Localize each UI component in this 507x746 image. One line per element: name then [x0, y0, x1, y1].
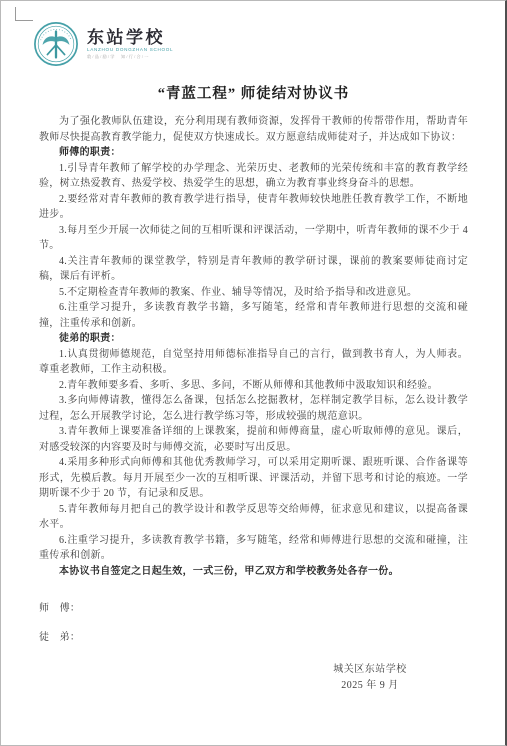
master-duty-item: 2.要经常对青年教师的教育教学进行指导，使青年教师较快地胜任教育教学工作，不断地… [39, 192, 468, 223]
section-heading-master: 师傅的职责： [39, 145, 468, 161]
document-title: “青蓝工程” 师徒结对协议书 [39, 82, 468, 103]
section-heading-apprentice: 徒弟的职责： [39, 331, 468, 347]
master-duty-item: 4.关注青年教师的课堂教学，特别是青年教师的教学研讨课，课前的教案要师徒商讨定稿… [39, 254, 468, 285]
signature-org-block: 城关区东站学校 2025 年 9 月 [305, 662, 435, 694]
school-name-en: LANZHOU DONGZHAN SCHOOL [87, 48, 173, 53]
apprentice-duty-item: 5.青年教师每月把自己的教学设计和教学反思等交给师傅，征求意见和建议，以提高备课… [39, 502, 468, 533]
apprentice-duty-item: 6.注重学习提升，多读教育教学书籍，多写随笔，经常和师傅进行思想的交流和碰撞，注… [39, 533, 468, 564]
signature-apprentice-line: 徒 弟： [39, 630, 468, 646]
apprentice-duty-item: 2.青年教师要多看、多听、多思、多问，不断从师傅和其他教师中汲取知识和经验。 [39, 378, 468, 394]
signature-master-line: 师 傅： [39, 601, 468, 617]
apprentice-duty-item: 3.青年教师上课要准备详细的上课教案，提前和师傅商量，虚心听取师傅的意见。课后，… [39, 424, 468, 455]
document-page: 东站学校 LANZHOU DONGZHAN SCHOOL 敦/品/励/学 知/行… [0, 0, 507, 746]
apprentice-duty-item: 4.采用多种形式向师傅和其他优秀教师学习，可以采用定期听课、跟班听课、合作备课等… [39, 455, 468, 502]
school-logo-icon [33, 21, 79, 67]
page-corner-mark [15, 7, 33, 21]
school-name-cn: 东站学校 [87, 29, 173, 46]
document-date: 2025 年 9 月 [305, 678, 435, 694]
master-duty-item: 5.不定期检查青年教师的教案、作业、辅导等情况，及时给予指导和改进意见。 [39, 285, 468, 301]
apprentice-duty-item: 3.多向师傅请教，懂得怎么备课，包括怎么挖掘教材，怎样制定教学目标，怎么设计教学… [39, 393, 468, 424]
org-name: 城关区东站学校 [305, 662, 435, 678]
school-motto: 敦/品/励/学 知/行/合/一 [87, 55, 173, 59]
apprentice-duty-item: 1.认真贯彻师德规范，自觉坚持用师德标准指导自己的言行，做到教书育人，为人师表。… [39, 347, 468, 378]
master-duty-item: 6.注重学习提升，多读教育教学书籍，多写随笔，经常和青年教师进行思想的交流和碰撞… [39, 300, 468, 331]
master-duty-item: 3.每月至少开展一次师徒之间的互相听课和评课活动，一学期中，听青年教师的课不少于… [39, 223, 468, 254]
school-logo-text: 东站学校 LANZHOU DONGZHAN SCHOOL 敦/品/励/学 知/行… [87, 29, 173, 60]
school-logo: 东站学校 LANZHOU DONGZHAN SCHOOL 敦/品/励/学 知/行… [33, 19, 468, 69]
master-duty-item: 1.引导青年教师了解学校的办学理念、光荣历史、老教师的光荣传统和丰富的教育教学经… [39, 161, 468, 192]
intro-paragraph: 为了强化教师队伍建设，充分利用现有教师资源，发挥骨干教师的传帮带作用，帮助青年教… [39, 114, 468, 145]
closing-clause: 本协议书自签定之日起生效，一式三份，甲乙双方和学校教务处各存一份。 [39, 564, 468, 580]
